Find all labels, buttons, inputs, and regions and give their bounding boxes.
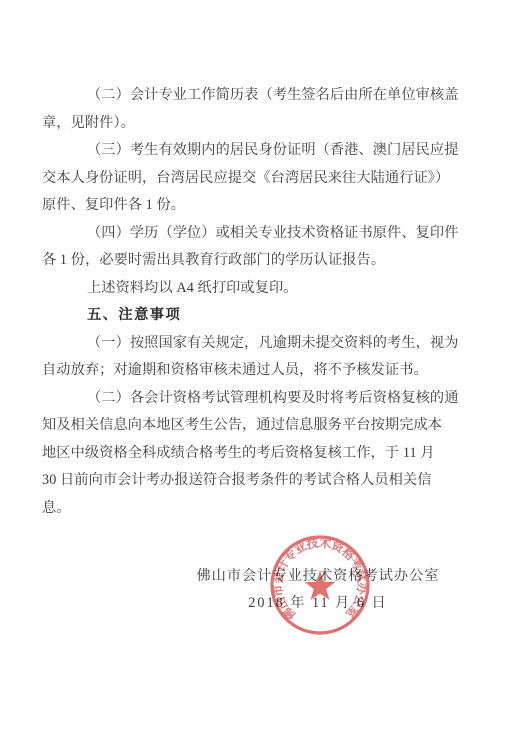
signature-date: 2018 年 11 月 6 日 <box>178 590 458 617</box>
document-page: （二）会计专业工作简历表（考生签名后由所在单位审核盖 章，见附件）。 （三）考生… <box>0 0 515 741</box>
text-line: 原件、复印件各 1 份。 <box>42 192 455 220</box>
text-line: （三）考生有效期内的居民身份证明（香港、澳门居民应提 <box>42 137 455 165</box>
text-line: 息。 <box>42 495 455 523</box>
section-heading: 五、注意事项 <box>42 302 455 330</box>
text-line: 各 1 份，必要时需出具教育行政部门的学历认证报告。 <box>42 247 455 275</box>
text-line: （一）按照国家有关规定，凡逾期未提交资料的考生，视为 <box>42 330 455 358</box>
text-line: 上述资料均以 A4 纸打印或复印。 <box>42 275 455 303</box>
text-line: 自动放弃；对逾期和资格审核未通过人员，将不予核发证书。 <box>42 357 455 385</box>
text-line: 交本人身份证明，台湾居民应提交《台湾居民来往大陆通行证》） <box>42 165 455 193</box>
text-line: （二）各会计资格考试管理机构要及时将考后资格复核的通 <box>42 385 455 413</box>
text-line: （二）会计专业工作简历表（考生签名后由所在单位审核盖 <box>42 82 455 110</box>
document-body: （二）会计专业工作简历表（考生签名后由所在单位审核盖 章，见附件）。 （三）考生… <box>42 82 455 522</box>
text-line: （四）学历（学位）或相关专业技术资格证书原件、复印件 <box>42 220 455 248</box>
signature-office: 佛山市会计专业技术资格考试办公室 <box>178 563 458 590</box>
text-line: 地区中级资格全科成绩合格考生的考后资格复核工作，于 11 月 <box>42 440 455 468</box>
text-line: 章，见附件）。 <box>42 110 455 138</box>
signature-block: 佛山市会计专业技术资格考试办公室 2018 年 11 月 6 日 <box>178 563 458 617</box>
text-line: 知及相关信息向本地区考生公告，通过信息服务平台按期完成本 <box>42 412 455 440</box>
text-line: 30 日前向市会计考办报送符合报考条件的考试合格人员相关信 <box>42 467 455 495</box>
